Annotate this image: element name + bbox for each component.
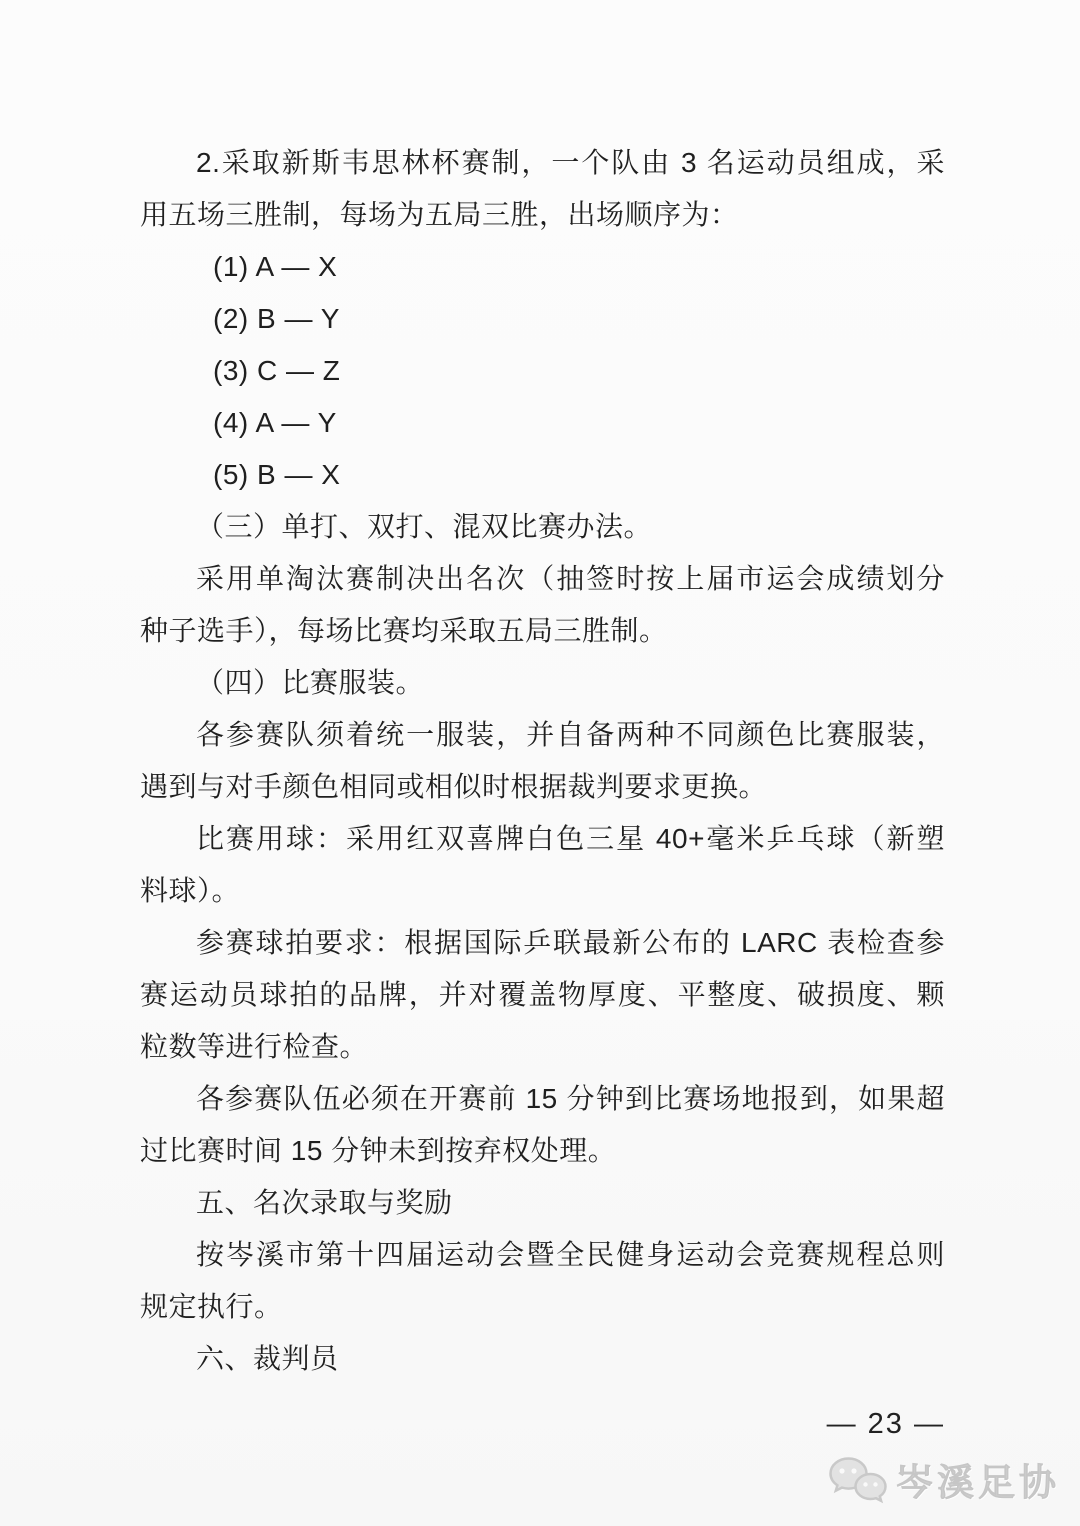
list-item: (1) A — X [140, 241, 945, 293]
text-line: 2.采取新斯韦思林杯赛制，一个队由 3 名运动员组成，采 [140, 137, 945, 189]
text-line: 参赛球拍要求：根据国际乒联最新公布的 LARC 表检查参 [140, 917, 945, 969]
page-number: — 23 — [827, 1408, 945, 1441]
text-line: 比赛用球：采用红双喜牌白色三星 40+毫米乒乓球（新塑 [140, 813, 945, 865]
text-line: 各参赛队伍必须在开赛前 15 分钟到比赛场地报到，如果超 [140, 1073, 945, 1125]
text-line: 规定执行。 [140, 1281, 945, 1333]
wechat-icon [826, 1454, 888, 1504]
text-line: 过比赛时间 15 分钟未到按弃权处理。 [140, 1125, 945, 1177]
text-line: 粒数等进行检查。 [140, 1021, 945, 1073]
section-heading: 六、裁判员 [140, 1333, 945, 1385]
document-page: 2.采取新斯韦思林杯赛制，一个队由 3 名运动员组成，采 用五场三胜制，每场为五… [0, 0, 1080, 1526]
watermark: 岑溪足协 [826, 1452, 1060, 1506]
text-line: 种子选手），每场比赛均采取五局三胜制。 [140, 605, 945, 657]
document-body: 2.采取新斯韦思林杯赛制，一个队由 3 名运动员组成，采 用五场三胜制，每场为五… [140, 137, 945, 1385]
text-line: 按岑溪市第十四届运动会暨全民健身运动会竞赛规程总则 [140, 1229, 945, 1281]
text-line: 各参赛队须着统一服装，并自备两种不同颜色比赛服装， [140, 709, 945, 761]
text-line: 用五场三胜制，每场为五局三胜，出场顺序为： [140, 189, 945, 241]
section-heading: 五、名次录取与奖励 [140, 1177, 945, 1229]
section-heading: （三）单打、双打、混双比赛办法。 [140, 501, 945, 553]
list-item: (4) A — Y [140, 397, 945, 449]
list-item: (5) B — X [140, 449, 945, 501]
list-item: (2) B — Y [140, 293, 945, 345]
text-line: 采用单淘汰赛制决出名次（抽签时按上届市运会成绩划分 [140, 553, 945, 605]
text-line: 遇到与对手颜色相同或相似时根据裁判要求更换。 [140, 761, 945, 813]
list-item: (3) C — Z [140, 345, 945, 397]
text-line: 赛运动员球拍的品牌，并对覆盖物厚度、平整度、破损度、颗 [140, 969, 945, 1021]
watermark-label: 岑溪足协 [896, 1452, 1060, 1506]
section-heading: （四）比赛服装。 [140, 657, 945, 709]
text-line: 料球）。 [140, 865, 945, 917]
